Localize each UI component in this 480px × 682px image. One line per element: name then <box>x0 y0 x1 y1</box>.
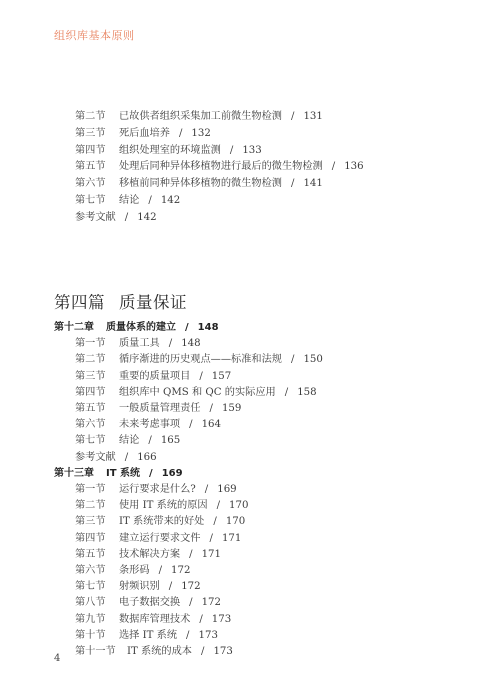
entry-title: IT 系统带来的好处 <box>119 516 204 527</box>
toc-section-entry[interactable]: 第一节运行要求是什么?/169 <box>75 483 237 496</box>
entry-title: 组织库中 QMS 和 QC 的实际应用 <box>119 387 276 398</box>
entry-number: 第三节 <box>75 127 119 140</box>
entry-title: 质量工具 <box>119 338 160 349</box>
entry-number: 第一节 <box>75 337 119 350</box>
entry-number: 第十节 <box>75 629 119 642</box>
entry-title: 已故供者组织采集加工前微生物检测 <box>119 111 282 122</box>
entry-number: 第四节 <box>75 144 119 157</box>
entry-title: 数据库管理技术 <box>119 614 190 625</box>
entry-title: 建立运行要求文件 <box>119 533 201 544</box>
separator: / <box>125 212 128 223</box>
entry-number: 第七节 <box>75 434 119 447</box>
entry-page: 133 <box>242 145 261 156</box>
toc-section-entry[interactable]: 第四节组织处理室的环境监测/133 <box>75 144 262 157</box>
separator: / <box>148 435 151 446</box>
entry-number: 第七节 <box>75 580 119 593</box>
entry-page: 171 <box>222 533 241 544</box>
entry-title: 参考文献 <box>75 452 116 463</box>
toc-section-entry[interactable]: 第二节已故供者组织采集加工前微生物检测/131 <box>75 110 323 123</box>
entry-page: 159 <box>222 403 241 414</box>
separator: / <box>199 614 202 625</box>
separator: / <box>210 533 213 544</box>
toc-section-entry[interactable]: 第五节技术解决方案/171 <box>75 548 221 561</box>
toc-section-entry[interactable]: 第六节移植前同种异体移植物的微生物检测/141 <box>75 177 323 190</box>
entry-number: 第十一节 <box>75 645 127 658</box>
toc-section-entry[interactable]: 第七节射频识别/172 <box>75 580 201 593</box>
entry-page: 170 <box>226 516 245 527</box>
separator: / <box>210 403 213 414</box>
separator: / <box>285 387 288 398</box>
part-name: 质量保证 <box>119 293 187 312</box>
page-number: 4 <box>54 653 60 664</box>
entry-page: 150 <box>303 354 322 365</box>
separator: / <box>185 322 189 333</box>
entry-number: 第三节 <box>75 370 119 383</box>
entry-title: 选择 IT 系统 <box>119 630 177 641</box>
entry-page: 142 <box>137 212 156 223</box>
entry-title: 技术解决方案 <box>119 549 180 560</box>
separator: / <box>201 646 204 657</box>
toc-section-entry[interactable]: 第六节条形码/172 <box>75 564 190 577</box>
entry-title: 移植前同种异体移植物的微生物检测 <box>119 178 282 189</box>
entry-title: IT 系统的成本 <box>127 646 192 657</box>
toc-section-entry[interactable]: 第九节数据库管理技术/173 <box>75 613 231 626</box>
entry-number: 第九节 <box>75 613 119 626</box>
entry-title: 循序渐进的历史观点——标准和法规 <box>119 354 282 365</box>
toc-section-entry[interactable]: 第一节质量工具/148 <box>75 337 201 350</box>
entry-page: 172 <box>202 597 221 608</box>
entry-page: 172 <box>181 581 200 592</box>
entry-number: 第三节 <box>75 515 119 528</box>
toc-chapter-entry[interactable]: 第十三章IT 系统/169 <box>54 467 183 480</box>
entry-page: 136 <box>344 161 363 172</box>
entry-title: 参考文献 <box>75 212 116 223</box>
entry-title: 运行要求是什么? <box>119 484 196 495</box>
entry-page: 169 <box>217 484 236 495</box>
toc-section-entry[interactable]: 第五节一般质量管理责任/159 <box>75 402 241 415</box>
separator: / <box>291 178 294 189</box>
entry-page: 148 <box>181 338 200 349</box>
separator: / <box>169 581 172 592</box>
separator: / <box>205 484 208 495</box>
separator: / <box>159 565 162 576</box>
entry-page: 142 <box>161 195 180 206</box>
entry-number: 第二节 <box>75 499 119 512</box>
entry-page: 131 <box>303 111 322 122</box>
toc-section-entry[interactable]: 第三节死后血培养/132 <box>75 127 211 140</box>
separator: / <box>148 195 151 206</box>
entry-title: 结论 <box>119 195 139 206</box>
entry-number: 第八节 <box>75 596 119 609</box>
entry-page: 148 <box>198 322 219 333</box>
entry-page: 171 <box>202 549 221 560</box>
entry-number: 第六节 <box>75 418 119 431</box>
separator: / <box>217 500 220 511</box>
entry-page: 173 <box>213 646 232 657</box>
entry-number: 第七节 <box>75 194 119 207</box>
entry-title: 条形码 <box>119 565 150 576</box>
toc-section-entry[interactable]: 第十一节IT 系统的成本/173 <box>75 645 233 658</box>
entry-number: 第四节 <box>75 532 119 545</box>
entry-page: 141 <box>303 178 322 189</box>
separator: / <box>230 145 233 156</box>
toc-chapter-entry[interactable]: 第十二章质量体系的建立/148 <box>54 321 219 334</box>
entry-title: 一般质量管理责任 <box>119 403 201 414</box>
toc-section-entry[interactable]: 第十节选择 IT 系统/173 <box>75 629 218 642</box>
entry-page: 173 <box>212 614 231 625</box>
separator: / <box>186 630 189 641</box>
running-head-title: 组织库基本原则 <box>54 27 135 43</box>
toc-section-entry[interactable]: 第三节重要的质量项目/157 <box>75 370 231 383</box>
separator: / <box>189 597 192 608</box>
entry-page: 164 <box>202 419 221 430</box>
entry-number: 第一节 <box>75 483 119 496</box>
entry-number: 第五节 <box>75 402 119 415</box>
entry-number: 第十三章 <box>54 467 106 480</box>
toc-section-entry[interactable]: 第二节循序渐进的历史观点——标准和法规/150 <box>75 353 323 366</box>
toc-section-entry[interactable]: 第五节处理后同种异体移植物进行最后的微生物检测/136 <box>75 160 364 173</box>
toc-section-entry[interactable]: 第四节建立运行要求文件/171 <box>75 532 241 545</box>
entry-page: 157 <box>212 371 231 382</box>
entry-title: 未来考虑事项 <box>119 419 180 430</box>
separator: / <box>332 161 335 172</box>
toc-section-entry[interactable]: 第四节组织库中 QMS 和 QC 的实际应用/158 <box>75 386 317 399</box>
entry-title: 处理后同种异体移植物进行最后的微生物检测 <box>119 161 323 172</box>
entry-number: 第五节 <box>75 160 119 173</box>
toc-section-entry[interactable]: 第七节结论/142 <box>75 194 180 207</box>
entry-title: 电子数据交换 <box>119 597 180 608</box>
entry-page: 173 <box>198 630 217 641</box>
entry-number: 第六节 <box>75 177 119 190</box>
entry-number: 第二节 <box>75 110 119 123</box>
separator: / <box>169 338 172 349</box>
separator: / <box>199 371 202 382</box>
entry-page: 169 <box>162 468 183 479</box>
toc-section-entry[interactable]: 第八节电子数据交换/172 <box>75 596 221 609</box>
toc-section-entry[interactable]: 第六节未来考虑事项/164 <box>75 418 221 431</box>
separator: / <box>213 516 216 527</box>
entry-page: 165 <box>161 435 180 446</box>
separator: / <box>149 468 153 479</box>
part-heading: 第四篇质量保证 <box>54 289 187 313</box>
toc-section-entry[interactable]: 参考文献/142 <box>75 211 157 224</box>
entry-number: 第十二章 <box>54 321 106 334</box>
entry-title: 射频识别 <box>119 581 160 592</box>
separator: / <box>179 128 182 139</box>
entry-number: 第五节 <box>75 548 119 561</box>
toc-section-entry[interactable]: 第七节结论/165 <box>75 434 180 447</box>
entry-number: 第六节 <box>75 564 119 577</box>
separator: / <box>291 354 294 365</box>
entry-title: 重要的质量项目 <box>119 371 190 382</box>
entry-page: 172 <box>171 565 190 576</box>
separator: / <box>189 419 192 430</box>
entry-title: 使用 IT 系统的原因 <box>119 500 208 511</box>
toc-section-entry[interactable]: 第二节使用 IT 系统的原因/170 <box>75 499 249 512</box>
part-number: 第四篇 <box>54 293 105 312</box>
separator: / <box>291 111 294 122</box>
separator: / <box>125 452 128 463</box>
entry-title: 结论 <box>119 435 139 446</box>
entry-title: IT 系统 <box>106 468 140 479</box>
entry-title: 死后血培养 <box>119 128 170 139</box>
entry-page: 158 <box>297 387 316 398</box>
entry-page: 132 <box>191 128 210 139</box>
toc-section-entry[interactable]: 参考文献/166 <box>75 451 157 464</box>
entry-number: 第二节 <box>75 353 119 366</box>
entry-title: 质量体系的建立 <box>106 322 176 333</box>
separator: / <box>189 549 192 560</box>
entry-page: 170 <box>229 500 248 511</box>
entry-title: 组织处理室的环境监测 <box>119 145 221 156</box>
toc-section-entry[interactable]: 第三节IT 系统带来的好处/170 <box>75 515 245 528</box>
entry-page: 166 <box>137 452 156 463</box>
entry-number: 第四节 <box>75 386 119 399</box>
